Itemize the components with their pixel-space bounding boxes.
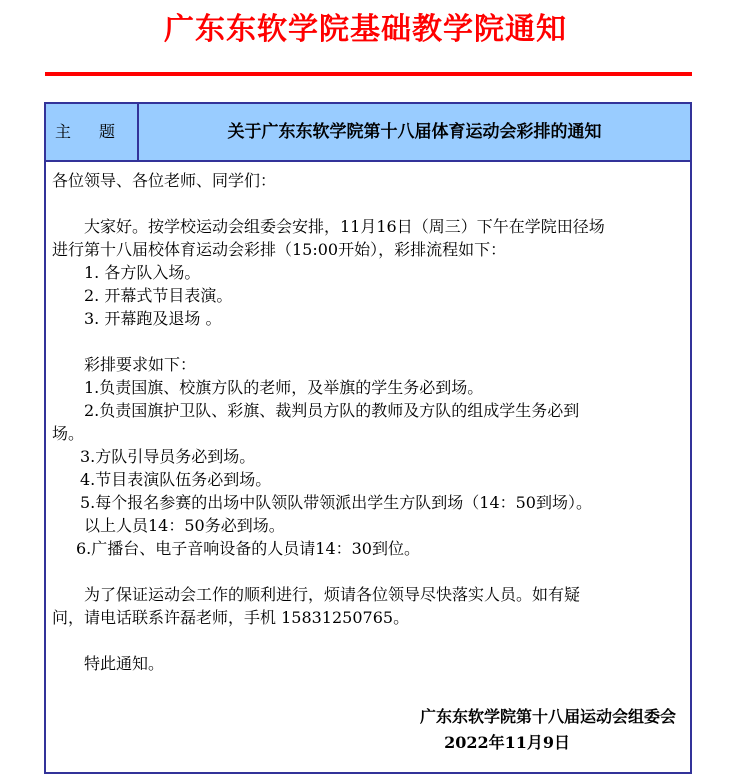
closing-line-2: 问，请电话联系许磊老师，手机 15831250765。	[52, 606, 684, 629]
requirement-item-continued: 场。	[52, 422, 684, 445]
signature-organization: 广东东软学院第十八届运动会组委会	[420, 704, 676, 727]
flow-item: 3. 开幕跑及退场 。	[52, 307, 684, 330]
subject-row: 主题 关于广东东软学院第十八届体育运动会彩排的通知	[46, 104, 690, 162]
requirement-item: 2.负责国旗护卫队、彩旗、裁判员方队的教师及方队的组成学生务必到	[52, 399, 684, 422]
flow-item: 2. 开幕式节目表演。	[52, 284, 684, 307]
requirement-note: 以上人员14：50务必到场。	[52, 514, 684, 537]
closing-line-1: 为了保证运动会工作的顺利进行，烦请各位领导尽快落实人员。如有疑	[52, 583, 684, 606]
red-divider	[45, 72, 692, 76]
requirement-item: 6.广播台、电子音响设备的人员请14：30到位。	[52, 537, 684, 560]
requirement-item: 1.负责国旗、校旗方队的老师，及举旗的学生务必到场。	[52, 376, 684, 399]
requirement-item: 3.方队引导员务必到场。	[52, 445, 684, 468]
requirement-item: 5.每个报名参赛的出场中队领队带领派出学生方队到场（14：50到场）。	[52, 491, 684, 514]
subject-label-char-2: 题	[99, 122, 115, 141]
flow-item: 1. 各方队入场。	[52, 261, 684, 284]
sign-off: 特此通知。	[52, 652, 684, 675]
intro-line-1: 大家好。按学校运动会组委会安排，11月16日（周三）下午在学院田径场	[52, 215, 684, 238]
subject-title: 关于广东东软学院第十八届体育运动会彩排的通知	[139, 104, 690, 160]
requirement-item: 4.节目表演队伍务必到场。	[52, 468, 684, 491]
notice-table: 主题 关于广东东软学院第十八届体育运动会彩排的通知 各位领导、各位老师、同学们：…	[44, 102, 692, 774]
document-title: 广东东软学院基础教学院通知	[0, 10, 731, 50]
subject-label-char-1: 主	[55, 122, 71, 141]
requirements-heading: 彩排要求如下：	[52, 353, 684, 376]
subject-label: 主题	[46, 104, 139, 160]
notice-body: 各位领导、各位老师、同学们： 大家好。按学校运动会组委会安排，11月16日（周三…	[46, 162, 690, 772]
greeting: 各位领导、各位老师、同学们：	[52, 169, 684, 192]
intro-line-2: 进行第十八届校体育运动会彩排（15:00开始），彩排流程如下：	[52, 238, 684, 261]
signature-date: 2022年11月9日	[444, 730, 570, 753]
